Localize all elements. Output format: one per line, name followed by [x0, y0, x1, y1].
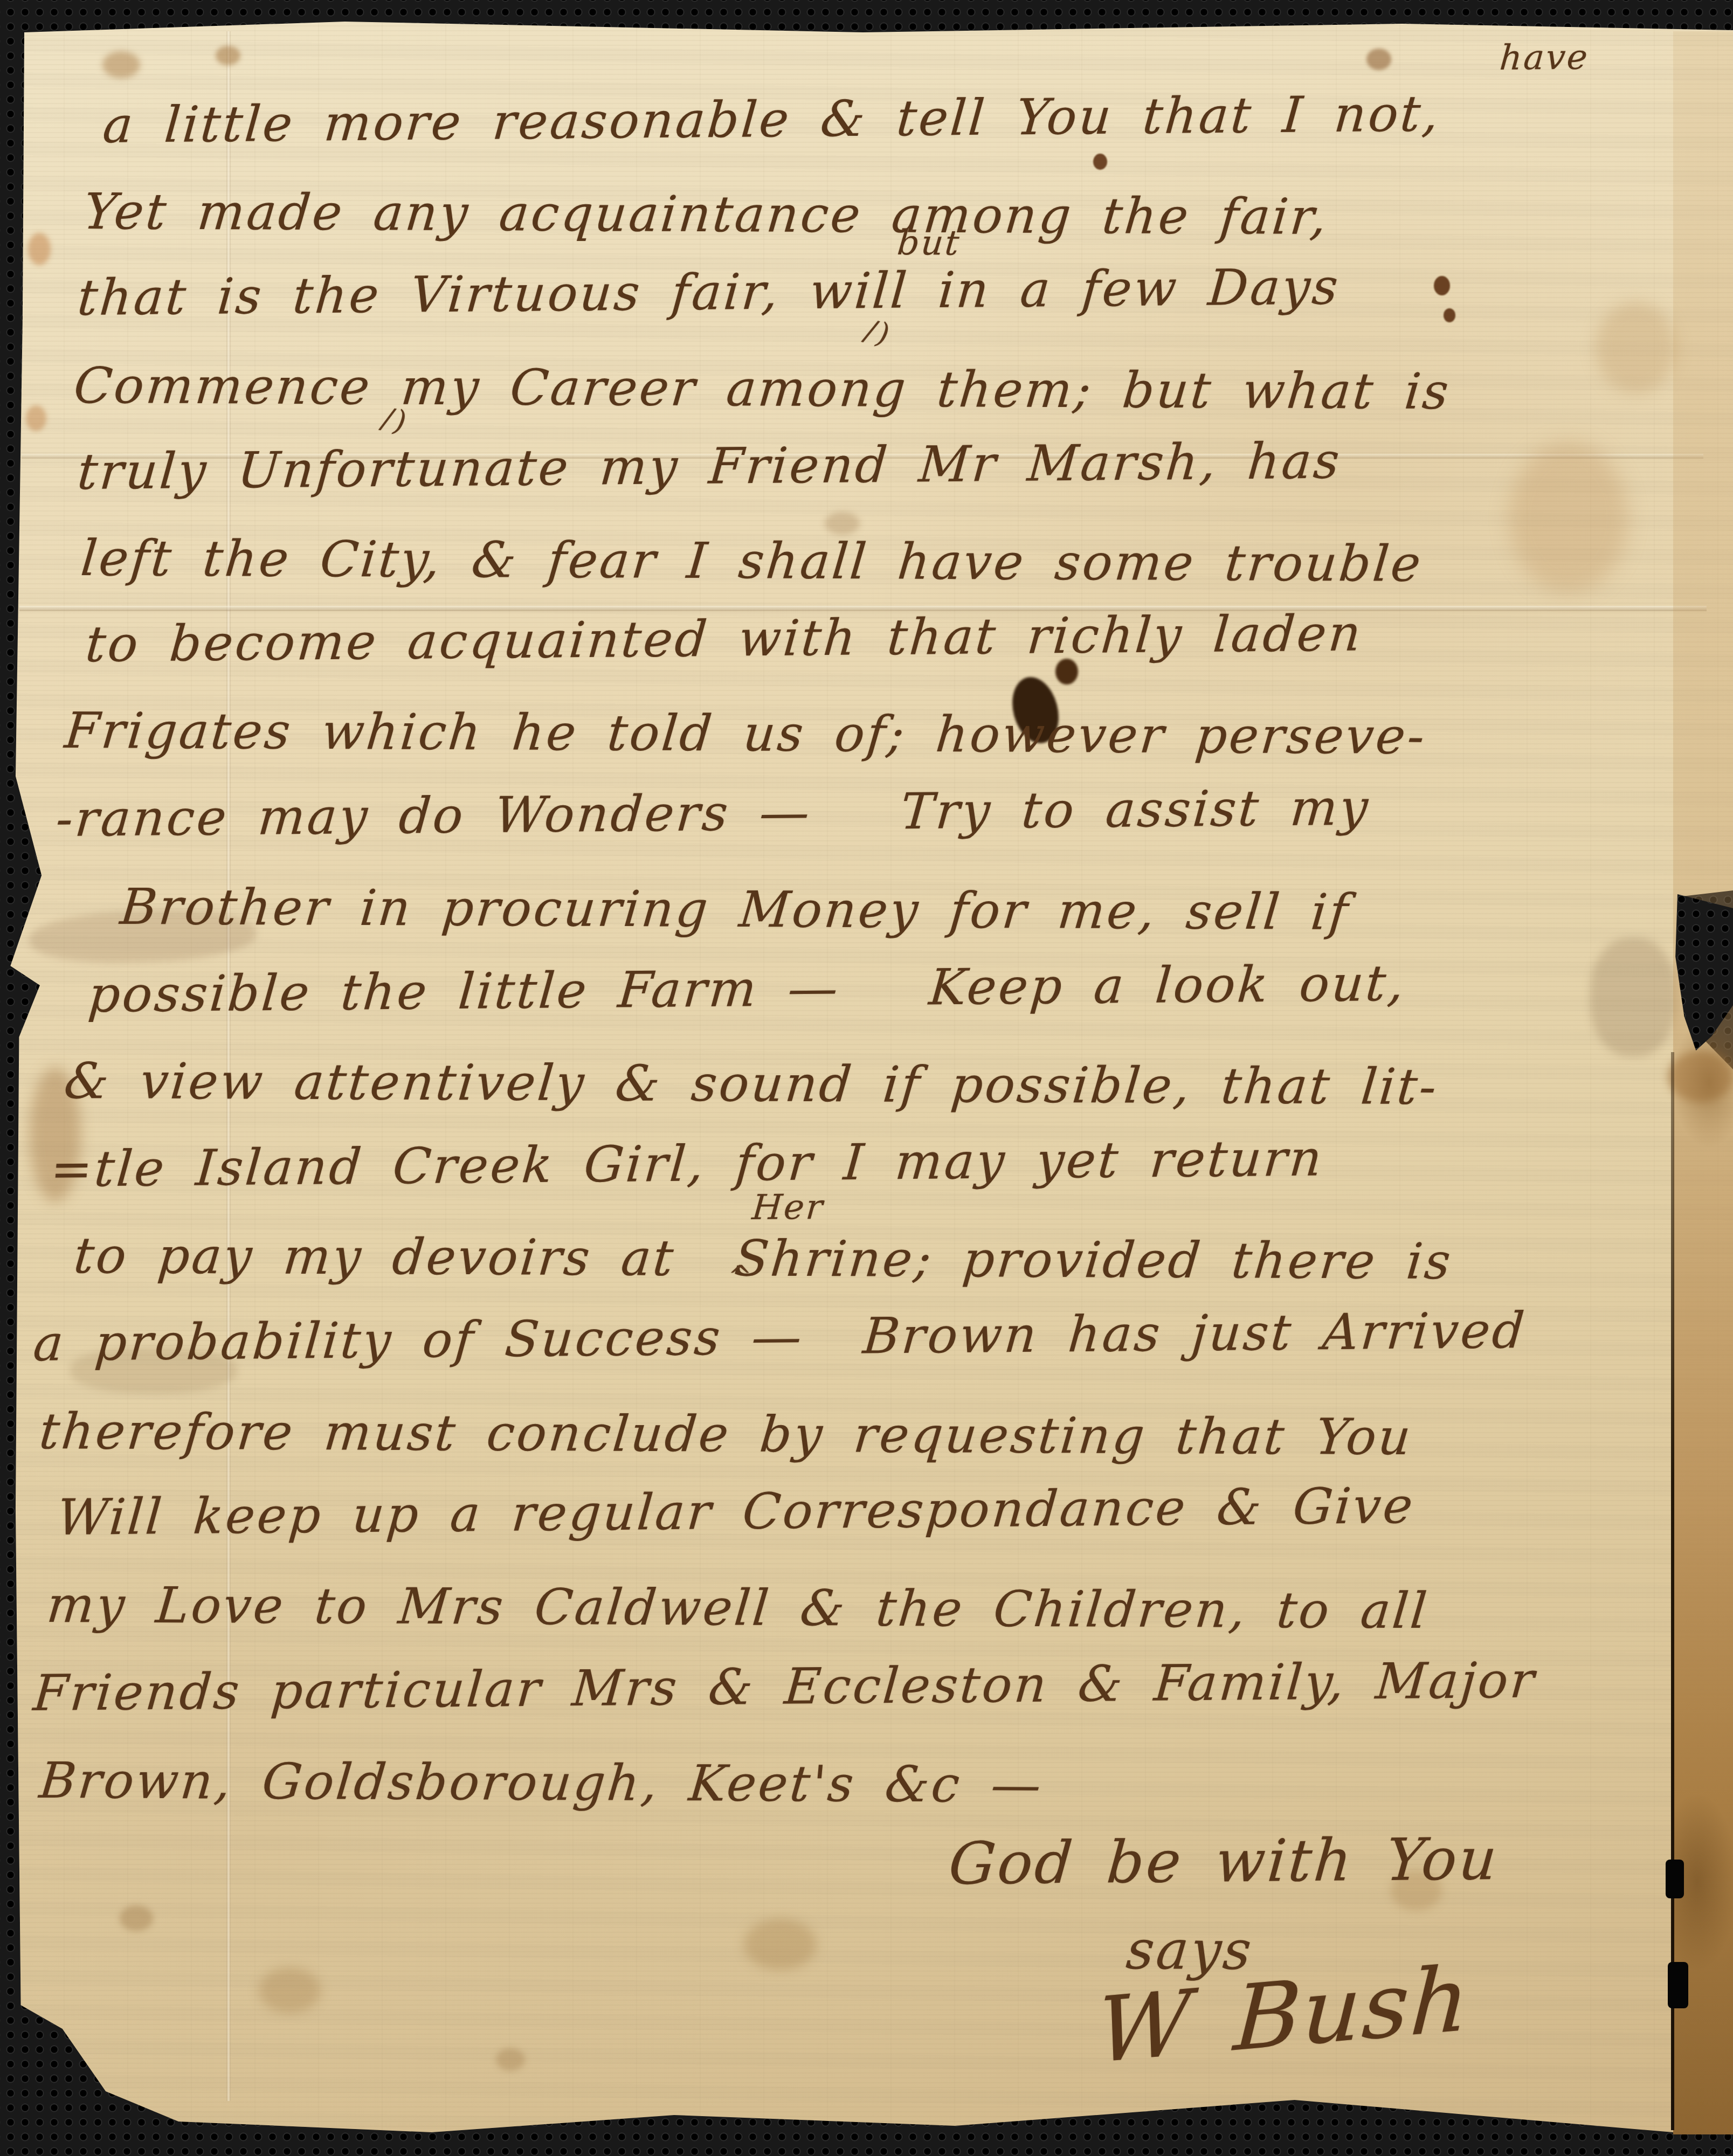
interline-insertion-but: but	[896, 225, 962, 262]
letter-line: Brown, Goldsborough, Keet's &c —	[37, 1755, 1045, 1812]
letter-line: that is the Virtuous fair, will in a few…	[75, 261, 1342, 324]
letter-line: Frigates which he told us of; however pe…	[63, 705, 1428, 763]
letter-line: a probability of Success — Brown has jus…	[31, 1305, 1528, 1370]
letter-line: to pay my devoirs at Shrine; provided th…	[72, 1230, 1454, 1288]
insertion-caret-mark: /)	[380, 403, 410, 438]
letter-line: my Love to Mrs Caldwell & the Children, …	[45, 1579, 1431, 1637]
interline-insertion-her: Her	[751, 1190, 826, 1226]
letter-line: Friends particular Mrs & Eccleston & Fam…	[31, 1655, 1538, 1720]
letter-line: =tle Island Creek Girl, for I may yet re…	[49, 1132, 1325, 1196]
letter-line: Brother in procuring Money for me, sell …	[118, 881, 1352, 939]
insertion-caret-mark: ^	[726, 1261, 755, 1292]
letter-line: truly Unfortunate my Friend Mr Marsh, ha…	[75, 436, 1343, 499]
letter-line: to become acquainted with that richly la…	[84, 607, 1364, 671]
letter-line: Yet made any acquaintance among the fair…	[81, 186, 1331, 244]
scanner-mat: a little more reasonable & tell You that…	[0, 0, 1733, 2156]
valediction: God be with You	[947, 1829, 1501, 1895]
letter-line: Will keep up a regular Correspondance & …	[55, 1480, 1417, 1544]
letter-line: a little more reasonable & tell You that…	[101, 88, 1442, 151]
interline-insertion-have: have	[1499, 40, 1591, 77]
letter-line: therefore must conclude by requesting th…	[37, 1406, 1415, 1464]
letter-line: possible the little Farm — Keep a look o…	[86, 958, 1407, 1021]
letter-line: -rance may do Wonders — Try to assist my	[54, 782, 1372, 846]
letter-line: & view attentively & sound if possible, …	[62, 1055, 1440, 1114]
letter-line: Commence my Career among them; but what …	[72, 360, 1453, 418]
letter-line: left the City, & fear I shall have some …	[79, 533, 1425, 590]
